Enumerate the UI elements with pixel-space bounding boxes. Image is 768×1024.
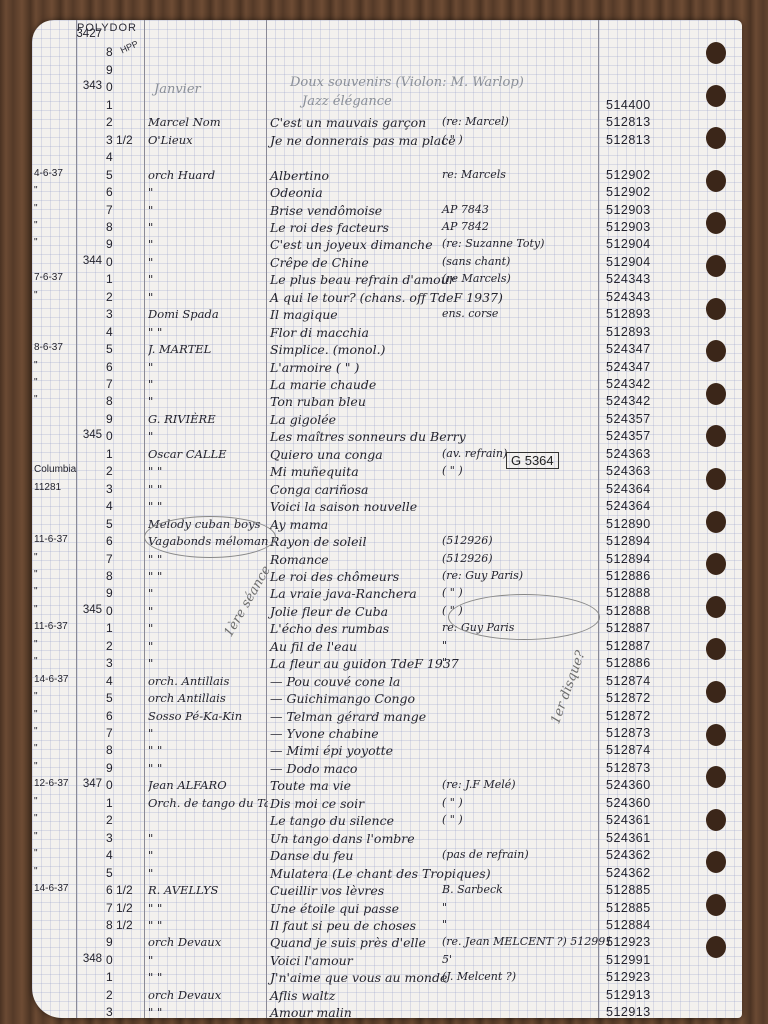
row-matrix-index: 5: [106, 517, 136, 531]
row-matrix-index: 1: [106, 621, 136, 635]
ledger-row: "8" "Le roi des chômeurs(re: Guy Paris)5…: [32, 569, 732, 586]
row-matrix-index: 0: [106, 255, 136, 269]
ledger-row: 9G. RIVIÈRELa gigolée524357: [32, 412, 732, 429]
row-title: Brise vendômoise: [270, 203, 450, 218]
row-catalog-number: 512873: [606, 726, 696, 740]
row-note: (re Marcels): [442, 272, 612, 285]
binder-hole: [706, 936, 726, 958]
binder-hole: [706, 724, 726, 746]
row-date: ": [34, 377, 80, 388]
row-note: (sans chant): [442, 255, 612, 268]
row-matrix-index: 5: [106, 866, 136, 880]
row-note: (J. Melcent ?): [442, 970, 612, 983]
row-matrix-index: 0: [106, 778, 136, 792]
row-title: Une étoile qui passe: [270, 901, 450, 916]
row-artist: " ": [148, 918, 268, 932]
row-title: — Telman gérard mange: [270, 709, 450, 724]
ledger-row: "9" "— Dodo maco512873: [32, 761, 732, 778]
row-artist: " ": [148, 499, 268, 513]
ledger-row: "7"Brise vendômoiseAP 7843512903: [32, 203, 732, 220]
row-date: ": [34, 656, 80, 667]
ledger-row: 4" "Flor di macchia512893: [32, 325, 732, 342]
row-matrix-index: 9: [106, 586, 136, 600]
row-title: Il faut si peu de choses: [270, 918, 450, 933]
row-catalog-number: 512813: [606, 115, 696, 129]
row-note: AP 7842: [442, 220, 612, 233]
row-artist: orch Huard: [148, 168, 268, 182]
row-date: 11281: [34, 482, 80, 493]
row-artist: ": [148, 866, 268, 880]
row-catalog-number: 512888: [606, 586, 696, 600]
row-catalog-number: 524347: [606, 360, 696, 374]
row-artist: Domi Spada: [148, 307, 268, 321]
row-catalog-number: 524362: [606, 866, 696, 880]
row-date: ": [34, 796, 80, 807]
ledger-row: "5"Mulatera (Le chant des Tropiques)5243…: [32, 866, 732, 883]
ledger-row: 12-6-373470Jean ALFAROToute ma vie(re: J…: [32, 778, 732, 795]
row-matrix-index: 9: [106, 63, 136, 77]
row-artist: " ": [148, 743, 268, 757]
ledger-row: "9"C'est un joyeux dimanche(re: Suzanne …: [32, 237, 732, 254]
row-artist: orch Devaux: [148, 988, 268, 1002]
ledger-row: 9: [32, 63, 732, 80]
row-title: Quiero una conga: [270, 447, 450, 462]
ledger-row: 112813" "Conga cariñosa524364: [32, 482, 732, 499]
ledger-row: 14-6-376 1/2R. AVELLYSCueillir vos lèvre…: [32, 883, 732, 900]
row-catalog-number: 512873: [606, 761, 696, 775]
binder-hole: [706, 298, 726, 320]
row-date: ": [34, 586, 80, 597]
row-date: 8-6-37: [34, 342, 80, 353]
row-catalog-number: 524361: [606, 813, 696, 827]
row-artist: " ": [148, 970, 268, 984]
row-title: L'écho des rumbas: [270, 621, 450, 636]
row-artist: ": [148, 639, 268, 653]
row-matrix-index: 7: [106, 203, 136, 217]
row-matrix-index: 0: [106, 80, 136, 94]
row-matrix-index: 2: [106, 813, 136, 827]
row-title: Odeonia: [270, 185, 450, 200]
row-matrix-index: 9: [106, 237, 136, 251]
ledger-row: "7"— Yvone chabine512873: [32, 726, 732, 743]
row-matrix-index: 0: [106, 604, 136, 618]
row-matrix-index: 8: [106, 220, 136, 234]
binder-hole: [706, 511, 726, 533]
row-catalog-number: 524360: [606, 796, 696, 810]
binder-hole: [706, 85, 726, 107]
row-matrix-index: 0: [106, 953, 136, 967]
row-catalog-number: 512893: [606, 325, 696, 339]
row-catalog-number: 512813: [606, 133, 696, 147]
row-artist: " ": [148, 464, 268, 478]
row-date: ": [34, 220, 80, 231]
row-note: ": [442, 918, 612, 931]
row-title: Un tango dans l'ombre: [270, 831, 450, 846]
ledger-row: 7 1/2" "Une étoile qui passe"512885: [32, 901, 732, 918]
ledger-row: 3427: [32, 28, 732, 45]
row-matrix-index: 2: [106, 639, 136, 653]
row-title: Danse du feu: [270, 848, 450, 863]
ledger-row: 14-6-374orch. Antillais— Pou couvé cone …: [32, 674, 732, 691]
row-catalog-number: 512904: [606, 255, 696, 269]
row-matrix-index: 7: [106, 726, 136, 740]
row-artist: ": [148, 255, 268, 269]
ledger-row: "5orch Antillais— Guichimango Congo51287…: [32, 691, 732, 708]
row-note: (512926): [442, 552, 612, 565]
row-title: — Mimi épi yoyotte: [270, 743, 450, 758]
row-title: La fleur au guidon TdeF 1937: [270, 656, 450, 671]
row-catalog-number: 512903: [606, 220, 696, 234]
ledger-row: 3" "Amour malin512913: [32, 1005, 732, 1022]
row-date: ": [34, 360, 80, 371]
row-matrix-prefix: 345: [72, 604, 102, 616]
row-catalog-number: 512887: [606, 621, 696, 635]
row-artist: ": [148, 203, 268, 217]
row-title: Voici l'amour: [270, 953, 450, 968]
row-title: Au fil de l'eau: [270, 639, 450, 654]
row-artist: G. RIVIÈRE: [148, 412, 268, 426]
row-matrix-index: 4: [106, 848, 136, 862]
row-artist: Oscar CALLE: [148, 447, 268, 461]
row-title: Les maîtres sonneurs du Berry: [270, 429, 450, 444]
row-matrix-index: 4: [106, 150, 136, 164]
ledger-row: "8" "— Mimi épi yoyotte512874: [32, 743, 732, 760]
ledger-row: "2Le tango du silence( " )524361: [32, 813, 732, 830]
row-artist: ": [148, 220, 268, 234]
row-artist: R. AVELLYS: [148, 883, 268, 897]
row-note: (pas de refrain): [442, 848, 612, 861]
row-note: 5': [442, 953, 612, 966]
row-note: AP 7843: [442, 203, 612, 216]
row-catalog-number: 524360: [606, 778, 696, 792]
row-catalog-number: 524357: [606, 412, 696, 426]
ledger-row: 7-6-371"Le plus beau refrain d'amour(re …: [32, 272, 732, 289]
row-catalog-number: 512923: [606, 935, 696, 949]
ledger-row: 3Domi SpadaIl magiqueens. corse512893: [32, 307, 732, 324]
row-catalog-number: 512894: [606, 534, 696, 548]
row-title: Amour malin: [270, 1005, 450, 1020]
ledger-row: "7"La marie chaude524342: [32, 377, 732, 394]
row-note: (re: Suzanne Toty): [442, 237, 612, 250]
binder-hole: [706, 809, 726, 831]
ledger-row: "7" "Romance(512926)512894: [32, 552, 732, 569]
row-title: Albertino: [270, 168, 450, 183]
ledger-row: "3450"Jolie fleur de Cuba( " )512888: [32, 604, 732, 621]
row-title: Mi muñequita: [270, 464, 450, 479]
row-title: C'est un joyeux dimanche: [270, 237, 450, 252]
row-catalog-number: 512893: [606, 307, 696, 321]
row-matrix-index: 3: [106, 1005, 136, 1019]
row-artist: Marcel Nom: [148, 115, 268, 129]
row-note: B. Sarbeck: [442, 883, 612, 896]
row-catalog-number: 512886: [606, 569, 696, 583]
row-catalog-number: 512904: [606, 237, 696, 251]
row-date: ": [34, 569, 80, 580]
row-title: — Pou couvé cone la: [270, 674, 450, 689]
circled-artist-oval: [144, 516, 276, 558]
row-artist: ": [148, 726, 268, 740]
ledger-row: "4"Danse du feu(pas de refrain)524362: [32, 848, 732, 865]
row-catalog-number: 512888: [606, 604, 696, 618]
row-artist: ": [148, 185, 268, 199]
row-note: (512926): [442, 534, 612, 547]
row-artist: ": [148, 272, 268, 286]
row-matrix-index: 7: [106, 377, 136, 391]
row-matrix-index: 7: [106, 552, 136, 566]
row-matrix-prefix: 345: [72, 429, 102, 441]
row-artist: " ": [148, 325, 268, 339]
row-date: ": [34, 394, 80, 405]
row-catalog-number: 524364: [606, 499, 696, 513]
row-matrix-index: 4: [106, 499, 136, 513]
ledger-row: "1Orch. de tango du TabarinDis moi ce so…: [32, 796, 732, 813]
row-matrix-index: 3: [106, 307, 136, 321]
row-catalog-number: 512902: [606, 185, 696, 199]
binder-hole: [706, 553, 726, 575]
row-catalog-number: 524357: [606, 429, 696, 443]
row-date: ": [34, 726, 80, 737]
circled-note-oval: [448, 594, 600, 640]
ledger-row: "2"A qui le tour? (chans. off TdeF 1937)…: [32, 290, 732, 307]
row-title: L'armoire ( " ): [270, 360, 450, 375]
row-artist: ": [148, 360, 268, 374]
row-title: Crêpe de Chine: [270, 255, 450, 270]
row-date: ": [34, 831, 80, 842]
row-catalog-number: 524363: [606, 464, 696, 478]
ledger-row: "3"La fleur au guidon TdeF 1937"512886: [32, 656, 732, 673]
row-date: 14-6-37: [34, 674, 80, 685]
row-artist: ": [148, 953, 268, 967]
row-catalog-number: 524364: [606, 482, 696, 496]
row-artist: ": [148, 621, 268, 635]
row-date: 11-6-37: [34, 534, 80, 545]
row-title: — Yvone chabine: [270, 726, 450, 741]
ledger-row: 11-6-371"L'écho des rumbasre: Guy Paris5…: [32, 621, 732, 638]
binder-hole: [706, 170, 726, 192]
row-note: ": [442, 639, 612, 652]
row-title: Il magique: [270, 307, 450, 322]
binder-hole: [706, 255, 726, 277]
row-matrix-index: 2: [106, 988, 136, 1002]
row-catalog-number: 512885: [606, 901, 696, 915]
row-artist: Orch. de tango du Tabarin: [148, 796, 268, 810]
row-artist: orch. Antillais: [148, 674, 268, 688]
row-date: 7-6-37: [34, 272, 80, 283]
row-catalog-number: 524361: [606, 831, 696, 845]
row-catalog-number: 512913: [606, 988, 696, 1002]
row-date: Columbia: [34, 464, 80, 475]
binder-hole: [706, 127, 726, 149]
ledger-row: 4-6-375orch HuardAlbertinore: Marcels512…: [32, 168, 732, 185]
row-matrix-index: 3: [106, 656, 136, 670]
ledger-row: 3 1/2O'LieuxJe ne donnerais pas ma place…: [32, 133, 732, 150]
row-artist: orch Devaux: [148, 935, 268, 949]
ledger-row: 1Oscar CALLEQuiero una conga(av. refrain…: [32, 447, 732, 464]
row-artist: ": [148, 656, 268, 670]
row-matrix-index: 2: [106, 464, 136, 478]
row-note: (re. Jean MELCENT ?) 512991: [442, 935, 612, 948]
row-matrix-index: 0: [106, 429, 136, 443]
row-catalog-number: 512874: [606, 743, 696, 757]
row-note: ens. corse: [442, 307, 612, 320]
row-artist: " ": [148, 761, 268, 775]
row-title: Flor di macchia: [270, 325, 450, 340]
row-date: ": [34, 691, 80, 702]
row-matrix-index: 1: [106, 272, 136, 286]
ledger-row: 3440"Crêpe de Chine(sans chant)512904: [32, 255, 732, 272]
row-matrix-index: 3: [106, 482, 136, 496]
row-catalog-number: 512885: [606, 883, 696, 897]
ledger-row: 3430: [32, 80, 732, 97]
row-catalog-number: 512902: [606, 168, 696, 182]
ledger-row: "3"Un tango dans l'ombre524361: [32, 831, 732, 848]
row-artist: ": [148, 429, 268, 443]
row-matrix-prefix: 343: [72, 80, 102, 92]
row-matrix-index: 8: [106, 569, 136, 583]
row-matrix-index: 6: [106, 534, 136, 548]
row-matrix-index: 4: [106, 325, 136, 339]
row-catalog-number: 512874: [606, 674, 696, 688]
binder-hole: [706, 468, 726, 490]
row-matrix-index: 1: [106, 98, 136, 112]
row-artist: J. MARTEL: [148, 342, 268, 356]
row-catalog-number: 524363: [606, 447, 696, 461]
row-title: — Dodo maco: [270, 761, 450, 776]
row-title: Je ne donnerais pas ma place: [270, 133, 450, 148]
row-matrix-index: 1: [106, 970, 136, 984]
row-catalog-number: 514400: [606, 98, 696, 112]
row-date: ": [34, 848, 80, 859]
row-catalog-number: 512991: [606, 953, 696, 967]
row-artist: ": [148, 831, 268, 845]
row-note: (re: Guy Paris): [442, 569, 612, 582]
ledger-row: 3450"Les maîtres sonneurs du Berry524357: [32, 429, 732, 446]
ledger-row: 4" "Voici la saison nouvelle524364: [32, 499, 732, 516]
row-catalog-number: 524362: [606, 848, 696, 862]
ledger-row: 5Melody cuban boysAy mama512890: [32, 517, 732, 534]
ledger-row: 8-6-375J. MARTELSimplice. (monol.)524347: [32, 342, 732, 359]
ledger-page: POLYDOR HPP Doux souvenirs (Violon: M. W…: [32, 20, 742, 1018]
row-title: Rayon de soleil: [270, 534, 450, 549]
row-matrix-index: 3: [106, 831, 136, 845]
row-note: ( " ): [442, 133, 612, 146]
row-note: ( " ): [442, 813, 612, 826]
row-matrix-index: 5: [106, 168, 136, 182]
row-catalog-number: 524347: [606, 342, 696, 356]
boxed-catalog-number: G 5364: [506, 452, 559, 469]
binder-hole: [706, 638, 726, 660]
row-date: 14-6-37: [34, 883, 80, 894]
row-title: J'n'aime que vous au monde: [270, 970, 450, 985]
row-matrix-index: 1: [106, 447, 136, 461]
row-matrix-index: 1: [106, 796, 136, 810]
row-date: ": [34, 743, 80, 754]
row-catalog-number: 512890: [606, 517, 696, 531]
row-date: ": [34, 866, 80, 877]
row-matrix-index: 9: [106, 761, 136, 775]
binder-hole: [706, 383, 726, 405]
row-matrix-index: 6 1/2: [106, 883, 136, 897]
ledger-row: 8 1/2" "Il faut si peu de choses"512884: [32, 918, 732, 935]
row-date: ": [34, 813, 80, 824]
ledger-row: "6"L'armoire ( " )524347: [32, 360, 732, 377]
row-title: La vraie java-Ranchera: [270, 586, 450, 601]
row-date: ": [34, 639, 80, 650]
row-artist: O'Lieux: [148, 133, 268, 147]
row-matrix-index: 8 1/2: [106, 918, 136, 932]
binder-hole: [706, 596, 726, 618]
ledger-row: 4: [32, 150, 732, 167]
ledger-row: "8"Le roi des facteursAP 7842512903: [32, 220, 732, 237]
row-title: Ton ruban bleu: [270, 394, 450, 409]
row-matrix-index: 3 1/2: [106, 133, 136, 147]
row-note: (re: J.F Melé): [442, 778, 612, 791]
ledger-row: "6Sosso Pé-Ka-Kin— Telman gérard mange51…: [32, 709, 732, 726]
row-title: Aflis waltz: [270, 988, 450, 1003]
row-artist: ": [148, 848, 268, 862]
row-artist: " ": [148, 482, 268, 496]
row-catalog-number: 512913: [606, 1005, 696, 1019]
binder-hole: [706, 212, 726, 234]
binder-hole: [706, 894, 726, 916]
row-catalog-number: 512884: [606, 918, 696, 932]
row-matrix-prefix: 344: [72, 255, 102, 267]
row-artist: ": [148, 290, 268, 304]
row-title: Cueillir vos lèvres: [270, 883, 450, 898]
row-catalog-number: 512923: [606, 970, 696, 984]
row-date: 4-6-37: [34, 168, 80, 179]
row-matrix-index: 9: [106, 935, 136, 949]
row-artist: " ": [148, 901, 268, 915]
row-matrix-index: 8: [106, 394, 136, 408]
ledger-row: 2Marcel NomC'est un mauvais garçon(re: M…: [32, 115, 732, 132]
row-catalog-number: 512894: [606, 552, 696, 566]
binder-holes: [706, 42, 730, 979]
row-matrix-index: 4: [106, 674, 136, 688]
row-date: ": [34, 552, 80, 563]
row-catalog-number: 524343: [606, 290, 696, 304]
row-matrix-index: 6: [106, 360, 136, 374]
row-catalog-number: 524343: [606, 272, 696, 286]
row-catalog-number: 524342: [606, 377, 696, 391]
row-date: ": [34, 185, 80, 196]
ledger-row: 9orch DevauxQuand je suis près d'elle(re…: [32, 935, 732, 952]
row-matrix-index: 6: [106, 709, 136, 723]
binder-hole: [706, 42, 726, 64]
row-catalog-number: 512872: [606, 709, 696, 723]
row-title: Toute ma vie: [270, 778, 450, 793]
row-matrix-prefix: 3427: [72, 28, 102, 40]
binder-hole: [706, 425, 726, 447]
row-catalog-number: 512886: [606, 656, 696, 670]
row-title: Mulatera (Le chant des Tropiques): [270, 866, 450, 881]
row-note: ( " ): [442, 796, 612, 809]
row-title: Le roi des facteurs: [270, 220, 450, 235]
row-date: 11-6-37: [34, 621, 80, 632]
row-artist: ": [148, 377, 268, 391]
row-title: Voici la saison nouvelle: [270, 499, 450, 514]
row-matrix-index: 7 1/2: [106, 901, 136, 915]
row-matrix-prefix: 348: [72, 953, 102, 965]
row-title: Jolie fleur de Cuba: [270, 604, 450, 619]
row-artist: ": [148, 394, 268, 408]
row-title: Dis moi ce soir: [270, 796, 450, 811]
row-title: — Guichimango Congo: [270, 691, 450, 706]
row-title: Le plus beau refrain d'amour: [270, 272, 450, 287]
row-matrix-prefix: 347: [72, 778, 102, 790]
row-date: ": [34, 709, 80, 720]
row-matrix-index: 8: [106, 45, 136, 59]
